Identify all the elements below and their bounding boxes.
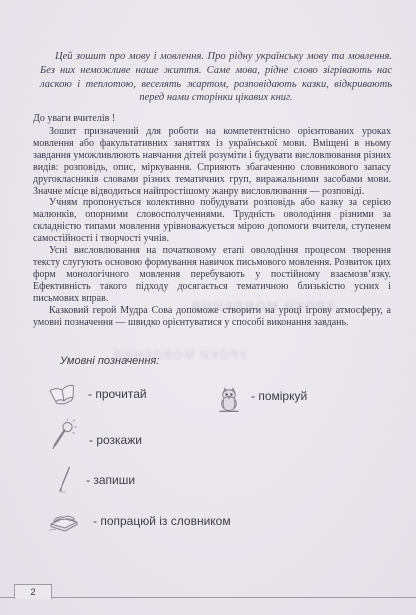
owl-icon bbox=[217, 386, 241, 414]
legend-item-tell: - розкажи bbox=[47, 419, 142, 451]
legend-label: - розкажи bbox=[89, 433, 142, 447]
microphone-icon bbox=[47, 419, 77, 451]
legend-label: - поміркуй bbox=[251, 389, 307, 403]
footer-rule bbox=[0, 597, 416, 598]
page-number-tab: 2 bbox=[14, 584, 52, 599]
legend-item-dictionary: - попрацюй із словником bbox=[47, 507, 231, 535]
note-paragraph: Казковий герой Мудра Сова допоможе створ… bbox=[33, 305, 391, 329]
open-book-icon bbox=[48, 383, 78, 407]
note-heading: До уваги вчителів ! bbox=[33, 113, 391, 125]
pen-icon bbox=[56, 465, 74, 493]
note-paragraph: Учням пропонується колективно побудувати… bbox=[33, 197, 391, 245]
legend-item-write: - запиши bbox=[56, 465, 135, 493]
legend-label: - прочитай bbox=[88, 387, 147, 401]
page-number: 2 bbox=[30, 587, 35, 598]
teacher-note-section: До уваги вчителів ! Зошит призначений дл… bbox=[33, 113, 391, 328]
scanned-book-page: УРОКИ МОВЛЕННЯ УРОКИ МОВЛЕННЯ Цей зошит … bbox=[0, 0, 416, 615]
note-paragraph: Зошит призначений для роботи на компетен… bbox=[33, 126, 391, 197]
dictionary-icon bbox=[47, 507, 81, 535]
intro-paragraph: Цей зошит про мову і мовлення. Про рідну… bbox=[40, 50, 392, 105]
legend-item-read: - прочитай bbox=[48, 383, 147, 407]
legend-label: - попрацюй із словником bbox=[93, 514, 231, 528]
legend-label: - запиши bbox=[86, 473, 135, 487]
legend-heading: Умовні позначення: bbox=[60, 355, 159, 367]
note-paragraph: Усні висловлювання на початковому етапі … bbox=[33, 245, 391, 305]
legend-item-think: - поміркуй bbox=[217, 386, 307, 414]
